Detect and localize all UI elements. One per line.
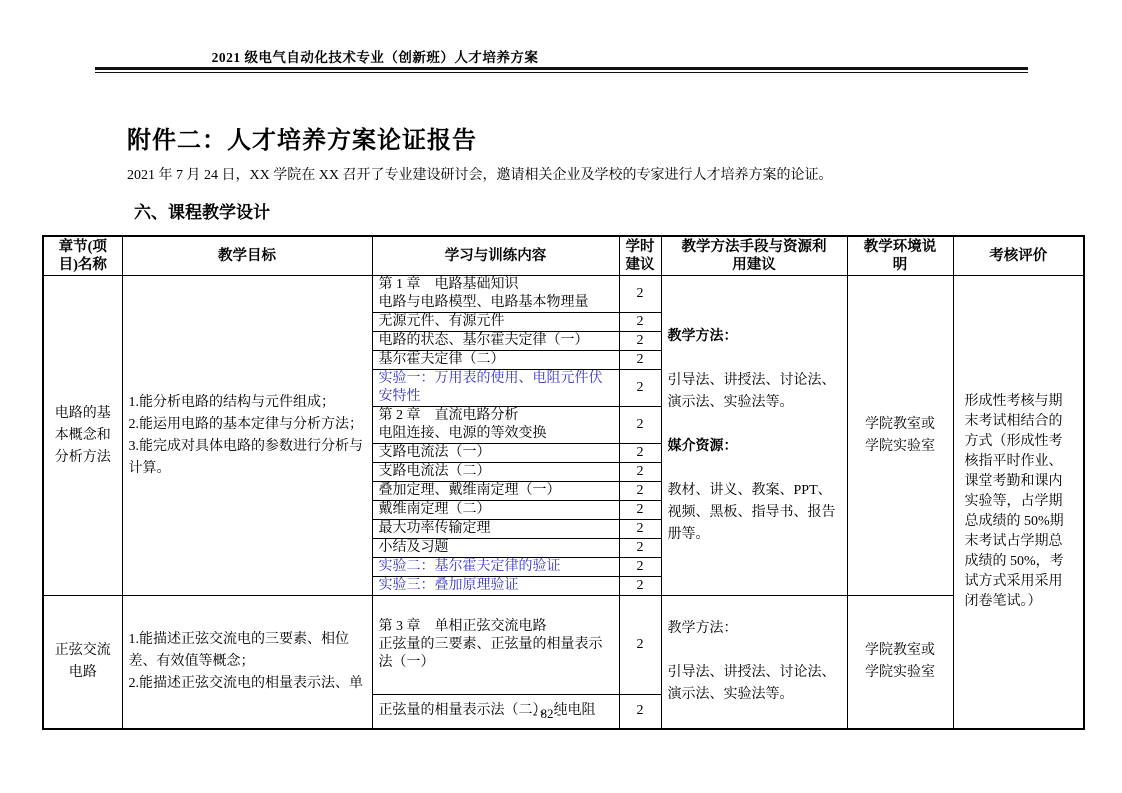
header-methods: 教学方法手段与资源利 用建议 [661,236,847,276]
methods-text: 引导法、讲授法、讨论法、演示法、实验法等。 [668,662,841,706]
header-environment: 教学环境说 明 [847,236,953,276]
content-cell: 无源元件、有源元件 [372,313,619,332]
hours-cell: 2 [619,463,661,482]
hours-cell: 2 [619,558,661,577]
page-number: - 82 - [0,706,1094,722]
content-cell-experiment: 实验二：基尔霍夫定律的验证 [372,558,619,577]
methods-label: 教学方法： [668,326,841,348]
header-rule-line [95,67,1028,73]
media-label: 媒介资源： [668,436,841,458]
content-cell: 小结及习题 [372,539,619,558]
hours-cell: 2 [619,501,661,520]
assessment-cell: 形成性考核与期末考试相结合的方式（形成性考核指平时作业、课堂考勤和课内实验等，占… [953,276,1084,730]
table-header-row: 章节(项 目)名称 教学目标 学习与训练内容 学时 建议 教学方法手段与资源利 … [43,236,1084,276]
content-cell: 支路电流法（二） [372,463,619,482]
methods-text: 引导法、讲授法、讨论法、演示法、实验法等。 [668,370,841,414]
table-row: 电路的基本概念和分析方法 1.能分析电路的结构与元件组成； 2.能运用电路的基本… [43,276,1084,313]
content-cell: 第 2 章 直流电路分析 电阻连接、电源的等效变换 [372,407,619,444]
section-title: 六、课程教学设计 [134,198,270,223]
table-row: 正弦交流电路 1.能描述正弦交流电的三要素、相位差、有效值等概念； 2.能描述正… [43,596,1084,695]
hours-cell: 2 [619,313,661,332]
content-cell: 戴维南定理（二） [372,501,619,520]
environment-cell: 学院教室或 学院实验室 [847,276,953,596]
hours-cell: 2 [619,407,661,444]
hours-cell: 2 [619,482,661,501]
methods-label: 教学方法： [668,618,841,640]
chapter-cell: 电路的基本概念和分析方法 [43,276,122,596]
content-cell-experiment: 实验三：叠加原理验证 [372,577,619,596]
hours-cell: 2 [619,577,661,596]
course-design-table: 章节(项 目)名称 教学目标 学习与训练内容 学时 建议 教学方法手段与资源利 … [42,235,1085,730]
content-cell: 第 3 章 单相正弦交流电路 正弦量的三要素、正弦量的相量表示法（一） [372,596,619,695]
running-header: 2021 级电气自动化技术专业（创新班）人才培养方案 [95,46,655,66]
hours-cell: 2 [619,332,661,351]
media-text: 教材、讲义、教案、PPT、视频、黑板、指导书、报告册等。 [668,480,841,546]
content-cell: 基尔霍夫定律（二） [372,351,619,370]
hours-cell: 2 [619,351,661,370]
content-cell: 电路的状态、基尔霍夫定律（一） [372,332,619,351]
header-hours: 学时 建议 [619,236,661,276]
objectives-cell: 1.能分析电路的结构与元件组成； 2.能运用电路的基本定律与分析方法； 3.能完… [122,276,372,596]
content-cell: 第 1 章 电路基础知识 电路与电路模型、电路基本物理量 [372,276,619,313]
document-page: 2021 级电气自动化技术专业（创新班）人才培养方案 附件二：人才培养方案论证报… [0,0,1122,793]
content-cell: 叠加定理、戴维南定理（一） [372,482,619,501]
header-chapter: 章节(项 目)名称 [43,236,122,276]
content-cell: 支路电流法（一） [372,444,619,463]
hours-cell: 2 [619,444,661,463]
header-objectives: 教学目标 [122,236,372,276]
intro-paragraph: 2021 年 7 月 24 日，XX 学院在 XX 召开了专业建设研讨会，邀请相… [127,166,937,185]
hours-cell: 2 [619,539,661,558]
content-cell-experiment: 实验一：万用表的使用、电阻元件伏安特性 [372,370,619,407]
header-assessment: 考核评价 [953,236,1084,276]
methods-cell: 教学方法： 引导法、讲授法、讨论法、演示法、实验法等。 媒介资源： 教材、讲义、… [661,276,847,596]
hours-cell: 2 [619,596,661,695]
hours-cell: 2 [619,370,661,407]
hours-cell: 2 [619,520,661,539]
hours-cell: 2 [619,276,661,313]
attachment-title: 附件二：人才培养方案论证报告 [127,120,477,155]
header-contents: 学习与训练内容 [372,236,619,276]
content-cell: 最大功率传输定理 [372,520,619,539]
